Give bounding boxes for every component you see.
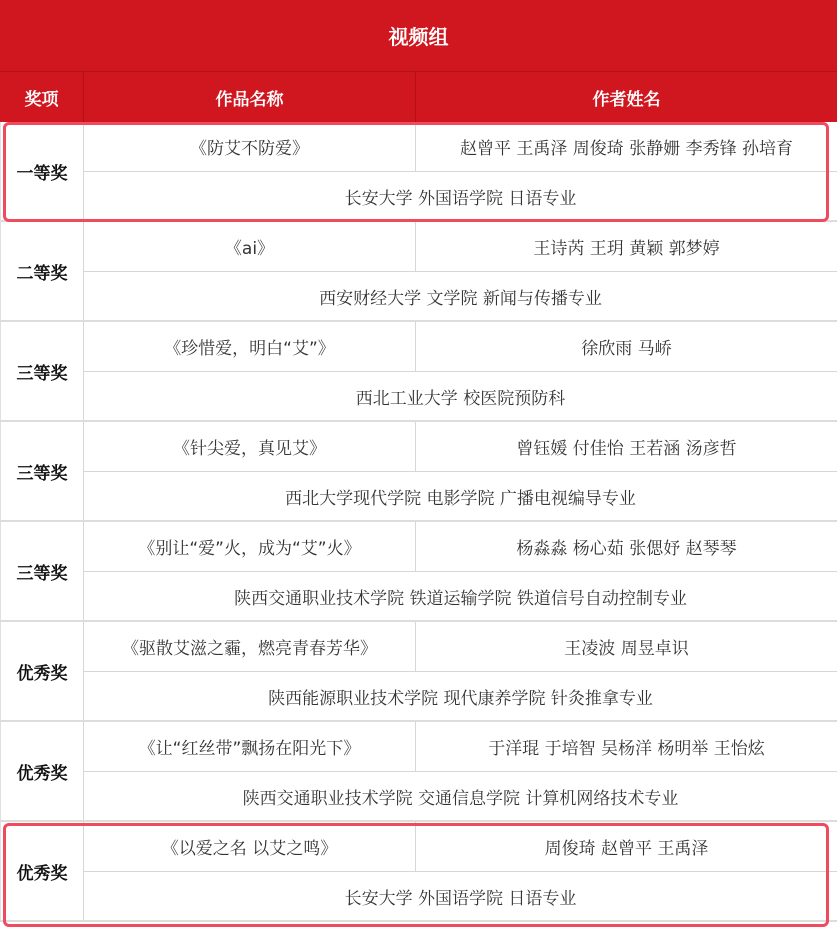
award-cell: 优秀奖 (0, 822, 84, 920)
header-authors: 作者姓名 (416, 72, 837, 122)
table-row: 优秀奖 《驱散艾滋之霾，燃亮青春芳华》 王凌波 周昱卓识 陕西能源职业技术学院 … (0, 622, 837, 722)
table-row: 优秀奖 《让“红丝带”飘扬在阳光下》 于洋琨 于培智 吴杨洋 杨明举 王怡炫 陕… (0, 722, 837, 822)
authors-cell: 于洋琨 于培智 吴杨洋 杨明举 王怡炫 (416, 722, 837, 771)
table-row: 三等奖 《珍惜爱，明白“艾”》 徐欣雨 马峤 西北工业大学 校医院预防科 (0, 322, 837, 422)
work-title-cell: 《防艾不防爱》 (84, 122, 416, 171)
award-cell: 优秀奖 (0, 622, 84, 720)
institution-cell: 陕西交通职业技术学院 铁道运输学院 铁道信号自动控制专业 (84, 572, 837, 620)
table-row: 三等奖 《别让“爱”火，成为“艾”火》 杨淼淼 杨心茹 张偲妤 赵琴琴 陕西交通… (0, 522, 837, 622)
institution-cell: 西北工业大学 校医院预防科 (84, 372, 837, 420)
table-row: 二等奖 《ai》 王诗芮 王玥 黄颖 郭梦婷 西安财经大学 文学院 新闻与传播专… (0, 222, 837, 322)
work-title-cell: 《珍惜爱，明白“艾”》 (84, 322, 416, 371)
work-title-cell: 《驱散艾滋之霾，燃亮青春芳华》 (84, 622, 416, 671)
award-cell: 三等奖 (0, 322, 84, 420)
work-title-cell: 《以爱之名 以艾之鸣》 (84, 822, 416, 871)
work-title-cell: 《ai》 (84, 222, 416, 271)
table-row: 三等奖 《针尖爱，真见艾》 曾钰媛 付佳怡 王若涵 汤彦哲 西北大学现代学院 电… (0, 422, 837, 522)
institution-cell: 陕西能源职业技术学院 现代康养学院 针灸推拿专业 (84, 672, 837, 720)
award-cell: 三等奖 (0, 422, 84, 520)
institution-cell: 西安财经大学 文学院 新闻与传播专业 (84, 272, 837, 320)
authors-cell: 曾钰媛 付佳怡 王若涵 汤彦哲 (416, 422, 837, 471)
table-row: 优秀奖 《以爱之名 以艾之鸣》 周俊琦 赵曾平 王禹泽 长安大学 外国语学院 日… (0, 822, 837, 922)
work-title-cell: 《别让“爱”火，成为“艾”火》 (84, 522, 416, 571)
award-cell: 二等奖 (0, 222, 84, 320)
authors-cell: 王诗芮 王玥 黄颖 郭梦婷 (416, 222, 837, 271)
award-cell: 三等奖 (0, 522, 84, 620)
authors-cell: 徐欣雨 马峤 (416, 322, 837, 371)
header-work-title: 作品名称 (84, 72, 416, 122)
table-row: 一等奖 《防艾不防爱》 赵曾平 王禹泽 周俊琦 张静姗 李秀锋 孙培育 长安大学… (0, 122, 837, 222)
award-cell: 一等奖 (0, 122, 84, 220)
institution-cell: 陕西交通职业技术学院 交通信息学院 计算机网络技术专业 (84, 772, 837, 820)
header-award: 奖项 (0, 72, 84, 122)
institution-cell: 长安大学 外国语学院 日语专业 (84, 872, 837, 920)
work-title-cell: 《让“红丝带”飘扬在阳光下》 (84, 722, 416, 771)
institution-cell: 长安大学 外国语学院 日语专业 (84, 172, 837, 220)
authors-cell: 赵曾平 王禹泽 周俊琦 张静姗 李秀锋 孙培育 (416, 122, 837, 171)
authors-cell: 王凌波 周昱卓识 (416, 622, 837, 671)
authors-cell: 杨淼淼 杨心茹 张偲妤 赵琴琴 (416, 522, 837, 571)
work-title-cell: 《针尖爱，真见艾》 (84, 422, 416, 471)
institution-cell: 西北大学现代学院 电影学院 广播电视编导专业 (84, 472, 837, 520)
authors-cell: 周俊琦 赵曾平 王禹泽 (416, 822, 837, 871)
table-header-row: 奖项 作品名称 作者姓名 (0, 72, 837, 122)
table-title: 视频组 (0, 0, 837, 72)
award-cell: 优秀奖 (0, 722, 84, 820)
